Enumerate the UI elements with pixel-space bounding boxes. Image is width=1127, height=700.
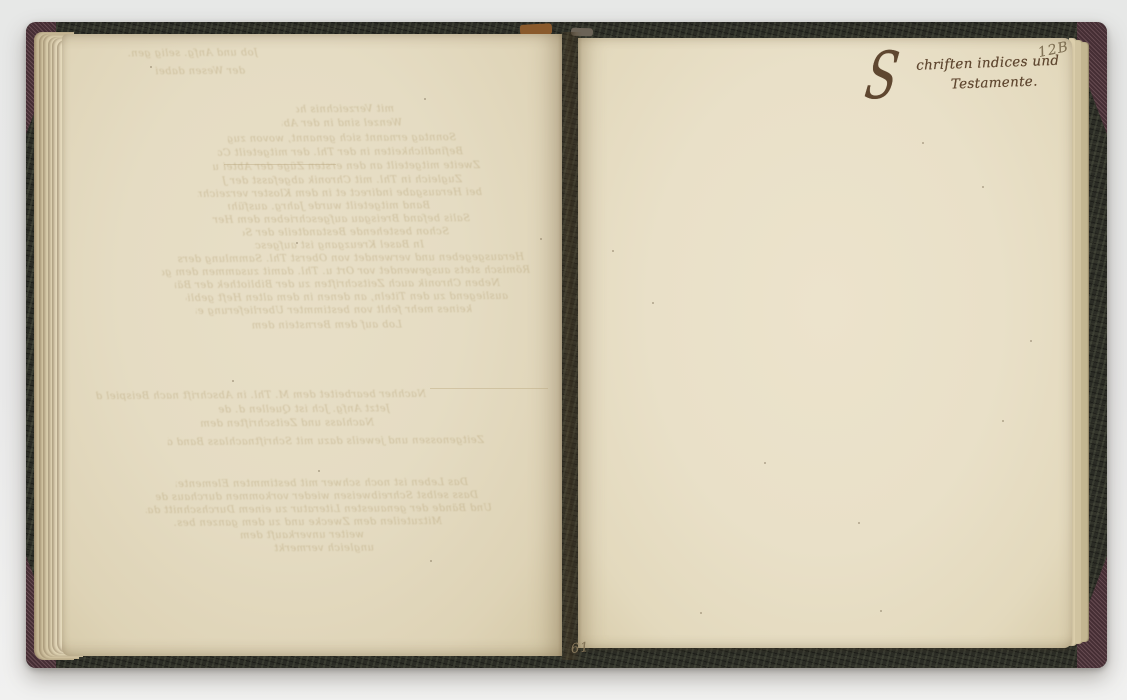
- foxing-speck: [700, 612, 702, 614]
- right-page: [578, 38, 1072, 648]
- foxing-speck: [922, 142, 924, 144]
- foxing-speck: [880, 610, 882, 612]
- heading-line-2: Testamente.: [951, 73, 1061, 93]
- open-book: [26, 22, 1107, 668]
- page-number: 61: [570, 640, 590, 657]
- foxing-speck: [1002, 420, 1004, 422]
- foxing-speck: [318, 470, 320, 472]
- foxing-speck: [858, 522, 860, 524]
- foxing-speck: [652, 302, 654, 304]
- foxing-speck: [150, 66, 152, 68]
- foxing-speck: [1030, 340, 1032, 342]
- foxing-speck: [430, 560, 432, 562]
- page-edge-strip: [1081, 42, 1089, 642]
- foxing-speck: [764, 462, 766, 464]
- left-page: [62, 34, 562, 656]
- heading-annotation: S chriften indices und Testamente.: [871, 39, 1060, 102]
- manuscript-photo: Job und Anfg. selig gen.der Wesen dabeim…: [0, 0, 1127, 700]
- foxing-speck: [612, 250, 614, 252]
- foxing-speck: [540, 238, 542, 240]
- book-gutter: [558, 32, 582, 660]
- foxing-speck: [982, 186, 984, 188]
- foxing-speck: [232, 380, 234, 382]
- foxing-speck: [424, 98, 426, 100]
- foxing-speck: [296, 242, 298, 244]
